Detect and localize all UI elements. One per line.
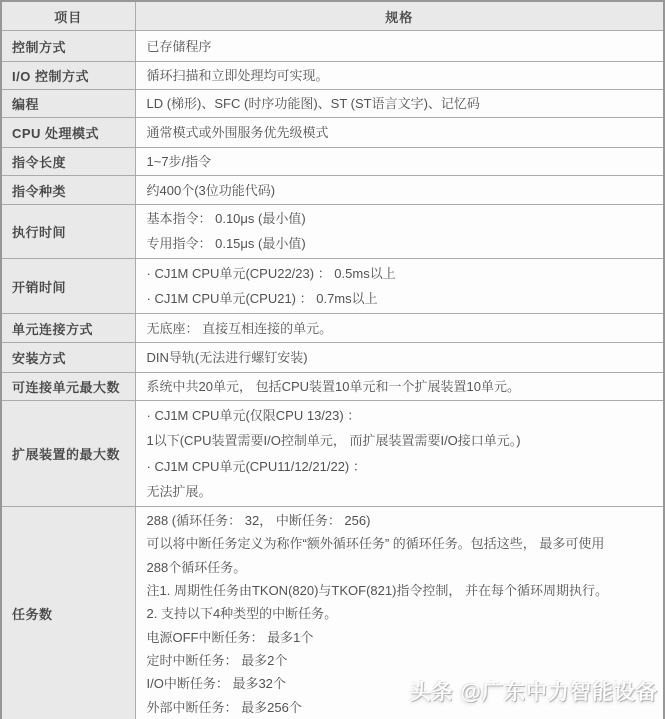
row-value: 约400个(3位功能代码) — [135, 176, 664, 205]
spec-line: · CJ1M CPU单元(CPU22/23) ： 0.5ms以上 — [147, 261, 656, 286]
spec-line: 1以下(CPU装置需要I/O控制单元， 而扩展装置需要I/O接口单元。) — [147, 428, 656, 453]
header-row: 项目 规格 — [1, 1, 664, 31]
spec-table: 项目 规格 控制方式已存储程序I/O 控制方式循环扫描和立即处理均可实现。编程L… — [0, 0, 665, 719]
spec-line: 专用指令： 0.15μs (最小值) — [147, 232, 656, 257]
table-row: 开销时间· CJ1M CPU单元(CPU22/23) ： 0.5ms以上· CJ… — [1, 259, 664, 314]
table-row: 可连接单元最大数系统中共20单元， 包括CPU装置10单元和一个扩展装置10单元… — [1, 373, 664, 401]
table-row: 编程LD (梯形)、SFC (时序功能图)、ST (ST语言文字)、记忆码 — [1, 90, 664, 118]
spec-line: 定时中断任务： 最多2个 — [147, 649, 656, 672]
spec-line: · CJ1M CPU单元(仅限CPU 13/23) ： — [147, 403, 656, 428]
row-label: 任务数 — [1, 507, 135, 719]
spec-line: 无底座： 直接互相连接的单元。 — [147, 320, 656, 337]
spec-line: 已存储程序 — [147, 38, 656, 55]
spec-line: · CJ1M CPU单元(CPU21) ： 0.7ms以上 — [147, 286, 656, 311]
spec-line: 电源OFF中断任务： 最多1个 — [147, 626, 656, 649]
spec-line: DIN导轨(无法进行螺钉安装) — [147, 349, 656, 366]
column-header-item: 项目 — [1, 1, 135, 31]
spec-line: 注1. 周期性任务由TKON(820)与TKOF(821)指令控制， 并在每个循… — [147, 579, 656, 602]
row-value: 系统中共20单元， 包括CPU装置10单元和一个扩展装置10单元。 — [135, 373, 664, 401]
table-row: I/O 控制方式循环扫描和立即处理均可实现。 — [1, 62, 664, 90]
row-value: 1~7步/指令 — [135, 148, 664, 176]
row-label: 扩展装置的最大数 — [1, 401, 135, 507]
row-value: 288 (循环任务： 32， 中断任务： 256)可以将中断任务定义为称作“额外… — [135, 507, 664, 719]
row-label: I/O 控制方式 — [1, 62, 135, 90]
table-row: 指令长度1~7步/指令 — [1, 148, 664, 176]
spec-line: · CJ1M CPU单元(CPU11/12/21/22) ： — [147, 454, 656, 479]
row-value: 无底座： 直接互相连接的单元。 — [135, 314, 664, 343]
row-value: 已存储程序 — [135, 31, 664, 62]
column-header-spec: 规格 — [135, 1, 664, 31]
spec-line: 外部中断任务： 最多256个 — [147, 696, 656, 719]
row-value: 通常模式或外围服务优先级模式 — [135, 118, 664, 148]
row-value: · CJ1M CPU单元(CPU22/23) ： 0.5ms以上· CJ1M C… — [135, 259, 664, 314]
row-label: CPU 处理模式 — [1, 118, 135, 148]
spec-table-body: 控制方式已存储程序I/O 控制方式循环扫描和立即处理均可实现。编程LD (梯形)… — [1, 31, 664, 719]
spec-line: 无法扩展。 — [147, 479, 656, 504]
spec-line: LD (梯形)、SFC (时序功能图)、ST (ST语言文字)、记忆码 — [147, 95, 656, 112]
row-value: LD (梯形)、SFC (时序功能图)、ST (ST语言文字)、记忆码 — [135, 90, 664, 118]
table-row: 单元连接方式无底座： 直接互相连接的单元。 — [1, 314, 664, 343]
spec-line: 288个循环任务。 — [147, 556, 656, 579]
table-row: CPU 处理模式通常模式或外围服务优先级模式 — [1, 118, 664, 148]
row-value: DIN导轨(无法进行螺钉安装) — [135, 343, 664, 373]
table-row: 扩展装置的最大数· CJ1M CPU单元(仅限CPU 13/23) ：1以下(C… — [1, 401, 664, 507]
row-label: 单元连接方式 — [1, 314, 135, 343]
row-label: 开销时间 — [1, 259, 135, 314]
row-value: 循环扫描和立即处理均可实现。 — [135, 62, 664, 90]
table-row: 执行时间基本指令： 0.10μs (最小值)专用指令： 0.15μs (最小值) — [1, 205, 664, 259]
table-row: 指令种类约400个(3位功能代码) — [1, 176, 664, 205]
row-label: 指令种类 — [1, 176, 135, 205]
spec-line: 可以将中断任务定义为称作“额外循环任务” 的循环任务。包括这些， 最多可使用 — [147, 532, 656, 555]
spec-line: 通常模式或外围服务优先级模式 — [147, 124, 656, 141]
row-value: 基本指令： 0.10μs (最小值)专用指令： 0.15μs (最小值) — [135, 205, 664, 259]
row-label: 指令长度 — [1, 148, 135, 176]
table-row: 控制方式已存储程序 — [1, 31, 664, 62]
spec-line: 288 (循环任务： 32， 中断任务： 256) — [147, 509, 656, 532]
row-label: 可连接单元最大数 — [1, 373, 135, 401]
row-label: 执行时间 — [1, 205, 135, 259]
spec-line: I/O中断任务： 最多32个 — [147, 672, 656, 695]
spec-line: 约400个(3位功能代码) — [147, 182, 656, 199]
row-label: 安装方式 — [1, 343, 135, 373]
row-value: · CJ1M CPU单元(仅限CPU 13/23) ：1以下(CPU装置需要I/… — [135, 401, 664, 507]
row-label: 编程 — [1, 90, 135, 118]
row-label: 控制方式 — [1, 31, 135, 62]
spec-line: 基本指令： 0.10μs (最小值) — [147, 207, 656, 232]
spec-line: 系统中共20单元， 包括CPU装置10单元和一个扩展装置10单元。 — [147, 378, 656, 395]
spec-line: 1~7步/指令 — [147, 153, 656, 170]
spec-line: 2. 支持以下4种类型的中断任务。 — [147, 602, 656, 625]
table-row: 安装方式DIN导轨(无法进行螺钉安装) — [1, 343, 664, 373]
spec-line: 循环扫描和立即处理均可实现。 — [147, 67, 656, 84]
table-row: 任务数288 (循环任务： 32， 中断任务： 256)可以将中断任务定义为称作… — [1, 507, 664, 719]
